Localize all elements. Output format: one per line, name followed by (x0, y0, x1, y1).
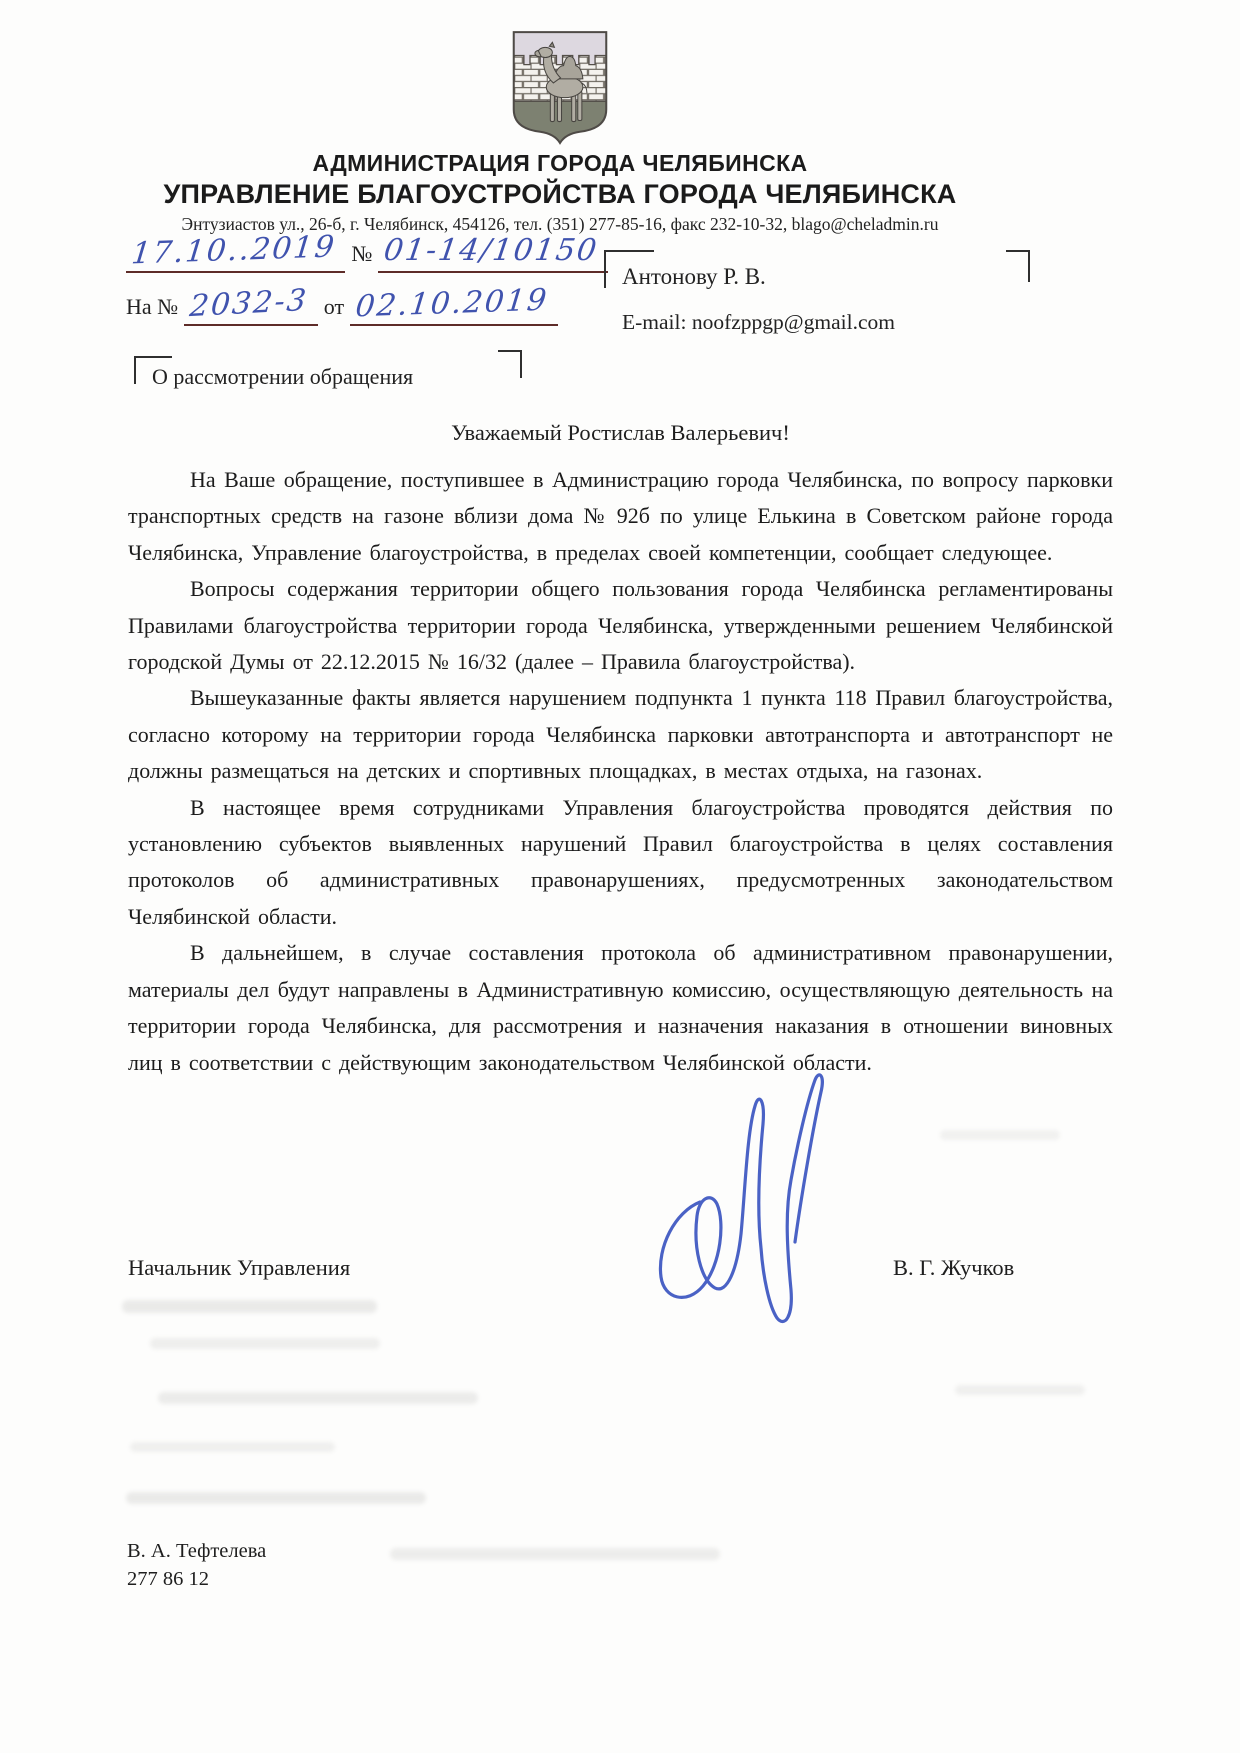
bleed-through-smudge (126, 1492, 426, 1504)
letter-body: На Ваше обращение, поступившее в Админис… (128, 462, 1113, 1081)
org-address-line: Энтузиастов ул., 26-б, г. Челябинск, 454… (0, 214, 1120, 235)
chelyabinsk-coat-of-arms-icon (505, 26, 615, 148)
executor-block: В. А. Тефтелева 277 86 12 (127, 1537, 266, 1593)
subject-line: О рассмотрении обращения (152, 364, 413, 390)
recipient-name: Антонову Р. В. (622, 264, 766, 290)
bleed-through-smudge (130, 1442, 335, 1452)
recipient-email: E-mail: noofzppgp@gmail.com (622, 310, 895, 335)
scanned-letter-page: АДМИНИСТРАЦИЯ ГОРОДА ЧЕЛЯБИНСКА УПРАВЛЕН… (0, 0, 1240, 1753)
reference-block: 17.10..2019 № 01-14/10150 На № 2032-3 от… (126, 234, 608, 340)
bleed-through-smudge (955, 1385, 1085, 1395)
executor-name: В. А. Тефтелева (127, 1537, 266, 1565)
handwritten-signature-icon (645, 1062, 845, 1332)
salutation: Уважаемый Ростислав Валерьевич! (128, 420, 1113, 446)
number-sign-label: № (345, 241, 378, 273)
outgoing-date-handwritten: 17.10..2019 (126, 234, 345, 273)
reply-from-label: от (318, 294, 350, 326)
bleed-through-smudge (158, 1392, 478, 1404)
body-paragraph: В настоящее время сотрудниками Управлени… (128, 790, 1113, 936)
outgoing-number-handwritten: 01-14/10150 (378, 234, 608, 273)
bleed-through-smudge (122, 1300, 377, 1313)
org-name-line2: УПРАВЛЕНИЕ БЛАГОУСТРОЙСТВА ГОРОДА ЧЕЛЯБИ… (0, 179, 1120, 210)
bleed-through-smudge (940, 1130, 1060, 1140)
executor-phone: 277 86 12 (127, 1565, 266, 1593)
signer-name: В. Г. Жучков (893, 1255, 1014, 1281)
bleed-through-smudge (390, 1548, 720, 1560)
recipient-corner-mark-right (1006, 250, 1030, 282)
letterhead: АДМИНИСТРАЦИЯ ГОРОДА ЧЕЛЯБИНСКА УПРАВЛЕН… (0, 150, 1120, 235)
org-name-line1: АДМИНИСТРАЦИЯ ГОРОДА ЧЕЛЯБИНСКА (0, 150, 1120, 177)
incoming-date-handwritten: 02.10.2019 (350, 287, 558, 326)
outgoing-reference-row: 17.10..2019 № 01-14/10150 (126, 234, 608, 273)
body-paragraph: В дальнейшем, в случае составления прото… (128, 935, 1113, 1081)
incoming-reference-row: На № 2032-3 от 02.10.2019 (126, 287, 608, 326)
body-paragraph: Вопросы содержания территории общего пол… (128, 571, 1113, 680)
signer-position: Начальник Управления (128, 1255, 350, 1281)
body-paragraph: На Ваше обращение, поступившее в Админис… (128, 462, 1113, 571)
subject-corner-mark-right (498, 350, 522, 378)
bleed-through-smudge (150, 1338, 380, 1349)
body-paragraph: Вышеуказанные факты является нарушением … (128, 680, 1113, 789)
incoming-number-handwritten: 2032-3 (184, 287, 318, 326)
reply-prefix-label: На № (126, 294, 184, 326)
